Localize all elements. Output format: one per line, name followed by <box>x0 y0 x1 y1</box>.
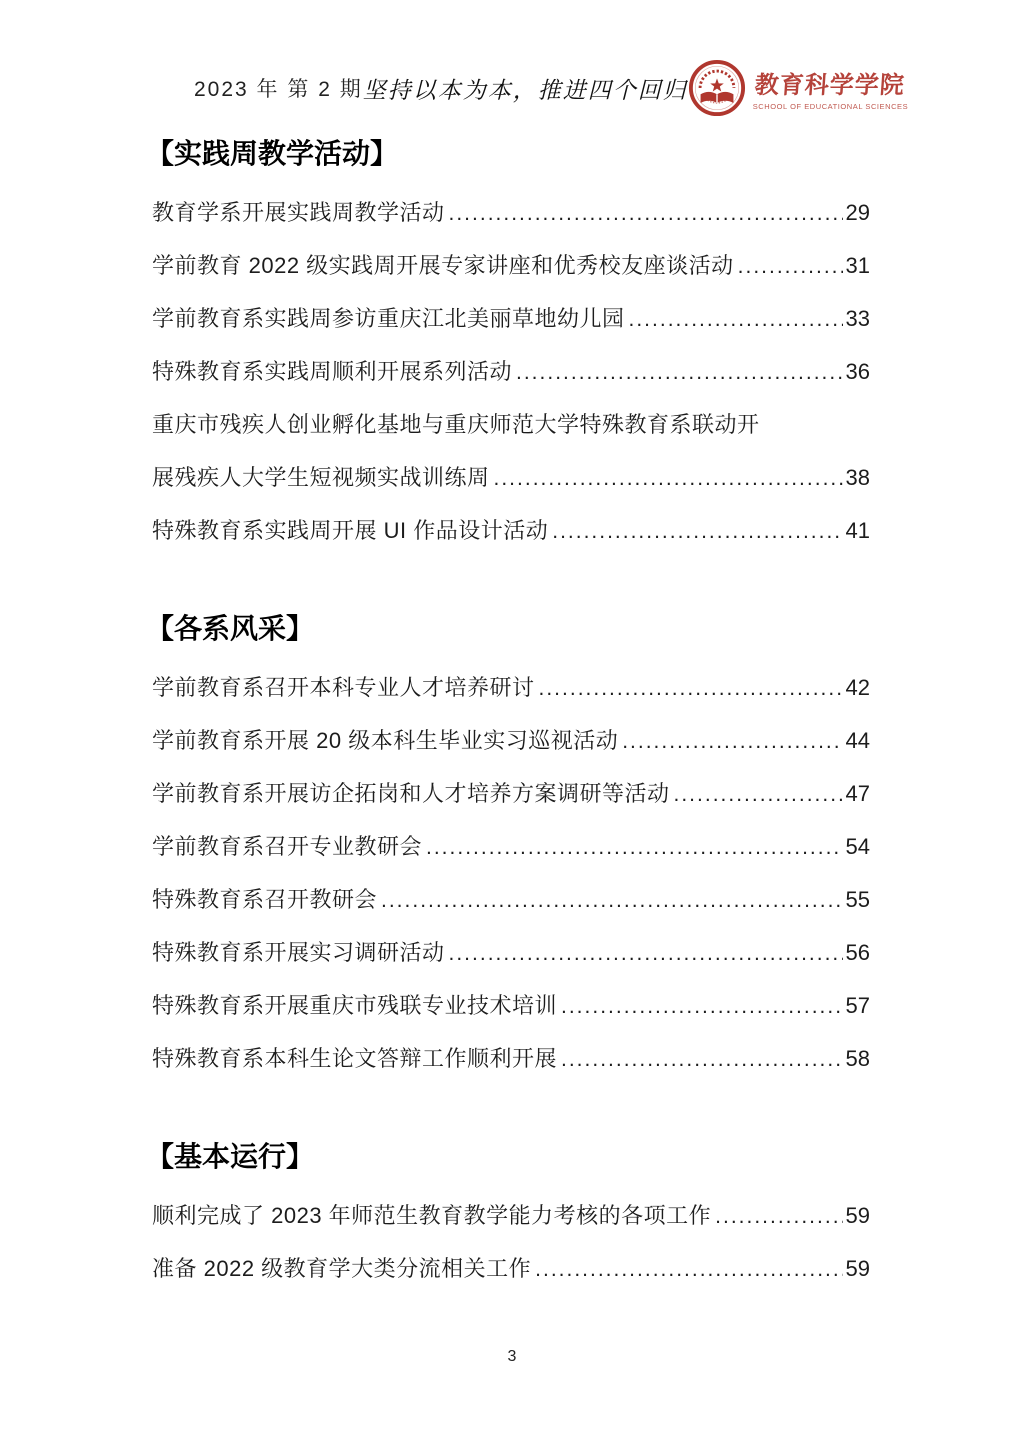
toc-dot-leader <box>449 926 843 980</box>
toc-entry-page: 29 <box>844 186 870 239</box>
toc-entry-page: 47 <box>844 767 870 820</box>
toc-entry[interactable]: 特殊教育系实践周顺利开展系列活动36 <box>152 345 870 398</box>
toc-entry-title: 学前教育系召开专业教研会 <box>152 820 422 873</box>
toc-entry-title: 学前教育 2022 级实践周开展专家讲座和优秀校友座谈活动 <box>152 239 734 292</box>
toc-entry-page: 36 <box>844 345 870 398</box>
toc-entry[interactable]: 重庆市残疾人创业孵化基地与重庆师范大学特殊教育系联动开 <box>152 398 870 451</box>
school-logo: 教育科学学院 SCHOOL OF EDUCATIONAL SCIENCES <box>688 59 908 117</box>
toc-entry-page: 44 <box>844 714 870 767</box>
toc-entry-page: 57 <box>844 979 870 1032</box>
toc-entry-page: 56 <box>844 926 870 979</box>
toc-dot-leader <box>426 820 843 874</box>
toc-entry-page: 38 <box>844 451 870 504</box>
toc-dot-leader <box>494 451 843 505</box>
toc: 【实践周教学活动】教育学系开展实践周教学活动29学前教育 2022 级实践周开展… <box>152 134 870 1295</box>
toc-dot-leader <box>449 186 843 240</box>
document-page: 2023 年 第 2 期 坚持以本为本，推进四个回归 教育科学学院 SCHOOL… <box>0 0 1024 1448</box>
toc-entry-title: 顺利完成了 2023 年师范生教育教学能力考核的各项工作 <box>152 1189 711 1242</box>
motto-text: 坚持以本为本，推进四个回归 <box>363 72 688 105</box>
page-header: 2023 年 第 2 期 坚持以本为本，推进四个回归 教育科学学院 SCHOOL… <box>152 58 906 118</box>
toc-entry[interactable]: 特殊教育系开展重庆市残联专业技术培训57 <box>152 979 870 1032</box>
toc-entry[interactable]: 特殊教育系本科生论文答辩工作顺利开展58 <box>152 1032 870 1085</box>
toc-dot-leader <box>738 239 843 293</box>
toc-entry-page: 54 <box>844 820 870 873</box>
toc-dot-leader <box>674 767 843 821</box>
toc-entry-title: 学前教育系召开本科专业人才培养研讨 <box>152 661 535 714</box>
school-name-cn: 教育科学学院 <box>754 65 906 100</box>
toc-entry[interactable]: 展残疾人大学生短视频实战训练周38 <box>152 451 870 504</box>
toc-entry[interactable]: 学前教育系开展 20 级本科生毕业实习巡视活动44 <box>152 714 870 767</box>
toc-dot-leader <box>552 504 842 558</box>
toc-dot-leader <box>629 292 843 346</box>
toc-entry-title: 特殊教育系实践周开展 UI 作品设计活动 <box>152 504 548 557</box>
toc-entry-title: 展残疾人大学生短视频实战训练周 <box>152 451 490 504</box>
toc-dot-leader <box>381 873 843 927</box>
toc-section-title: 【各系风采】 <box>146 609 870 649</box>
toc-entry-title: 特殊教育系开展重庆市残联专业技术培训 <box>152 979 557 1032</box>
toc-dot-leader <box>561 1032 843 1086</box>
toc-entry-title: 特殊教育系实践周顺利开展系列活动 <box>152 345 512 398</box>
toc-entry[interactable]: 学前教育系实践周参访重庆江北美丽草地幼儿园33 <box>152 292 870 345</box>
toc-dot-leader <box>516 345 843 399</box>
toc-dot-leader <box>715 1189 842 1243</box>
toc-entry-page: 41 <box>844 504 870 557</box>
toc-entry-title: 教育学系开展实践周教学活动 <box>152 186 445 239</box>
school-logo-text: 教育科学学院 SCHOOL OF EDUCATIONAL SCIENCES <box>753 65 908 111</box>
toc-entry[interactable]: 学前教育 2022 级实践周开展专家讲座和优秀校友座谈活动31 <box>152 239 870 292</box>
toc-entry-page: 42 <box>844 661 870 714</box>
toc-entry[interactable]: 顺利完成了 2023 年师范生教育教学能力考核的各项工作59 <box>152 1189 870 1242</box>
toc-entry[interactable]: 学前教育系开展访企拓岗和人才培养方案调研等活动47 <box>152 767 870 820</box>
toc-dot-leader <box>539 661 843 715</box>
toc-entry-title: 学前教育系开展 20 级本科生毕业实习巡视活动 <box>152 714 618 767</box>
toc-entry-title: 学前教育系开展访企拓岗和人才培养方案调研等活动 <box>152 767 670 820</box>
toc-dot-leader <box>561 979 843 1033</box>
toc-entry-title: 特殊教育系召开教研会 <box>152 873 377 926</box>
toc-entry[interactable]: 学前教育系召开本科专业人才培养研讨42 <box>152 661 870 714</box>
toc-entry-page: 31 <box>844 239 870 292</box>
toc-dot-leader <box>535 1242 842 1296</box>
page-number: 3 <box>0 1348 1024 1366</box>
toc-section-title: 【实践周教学活动】 <box>146 134 870 174</box>
toc-entry-title: 准备 2022 级教育学大类分流相关工作 <box>152 1242 531 1295</box>
toc-entry[interactable]: 特殊教育系召开教研会55 <box>152 873 870 926</box>
toc-entry-title: 学前教育系实践周参访重庆江北美丽草地幼儿园 <box>152 292 625 345</box>
toc-entry-title: 重庆市残疾人创业孵化基地与重庆师范大学特殊教育系联动开 <box>152 398 760 451</box>
toc-entry-page: 55 <box>844 873 870 926</box>
school-emblem-icon <box>688 59 746 117</box>
toc-dot-leader <box>622 714 842 768</box>
toc-entry-title: 特殊教育系开展实习调研活动 <box>152 926 445 979</box>
toc-entry-page: 33 <box>844 292 870 345</box>
toc-entry[interactable]: 教育学系开展实践周教学活动29 <box>152 186 870 239</box>
toc-entry-page: 59 <box>844 1242 870 1295</box>
toc-entry-title: 特殊教育系本科生论文答辩工作顺利开展 <box>152 1032 557 1085</box>
toc-entry[interactable]: 准备 2022 级教育学大类分流相关工作59 <box>152 1242 870 1295</box>
toc-entry-page: 59 <box>844 1189 870 1242</box>
toc-entry-page: 58 <box>844 1032 870 1085</box>
issue-label: 2023 年 第 2 期 <box>194 73 363 103</box>
toc-entry[interactable]: 学前教育系召开专业教研会54 <box>152 820 870 873</box>
toc-entry[interactable]: 特殊教育系实践周开展 UI 作品设计活动41 <box>152 504 870 557</box>
toc-entry[interactable]: 特殊教育系开展实习调研活动56 <box>152 926 870 979</box>
toc-section-title: 【基本运行】 <box>146 1137 870 1177</box>
school-name-en: SCHOOL OF EDUCATIONAL SCIENCES <box>753 102 908 111</box>
